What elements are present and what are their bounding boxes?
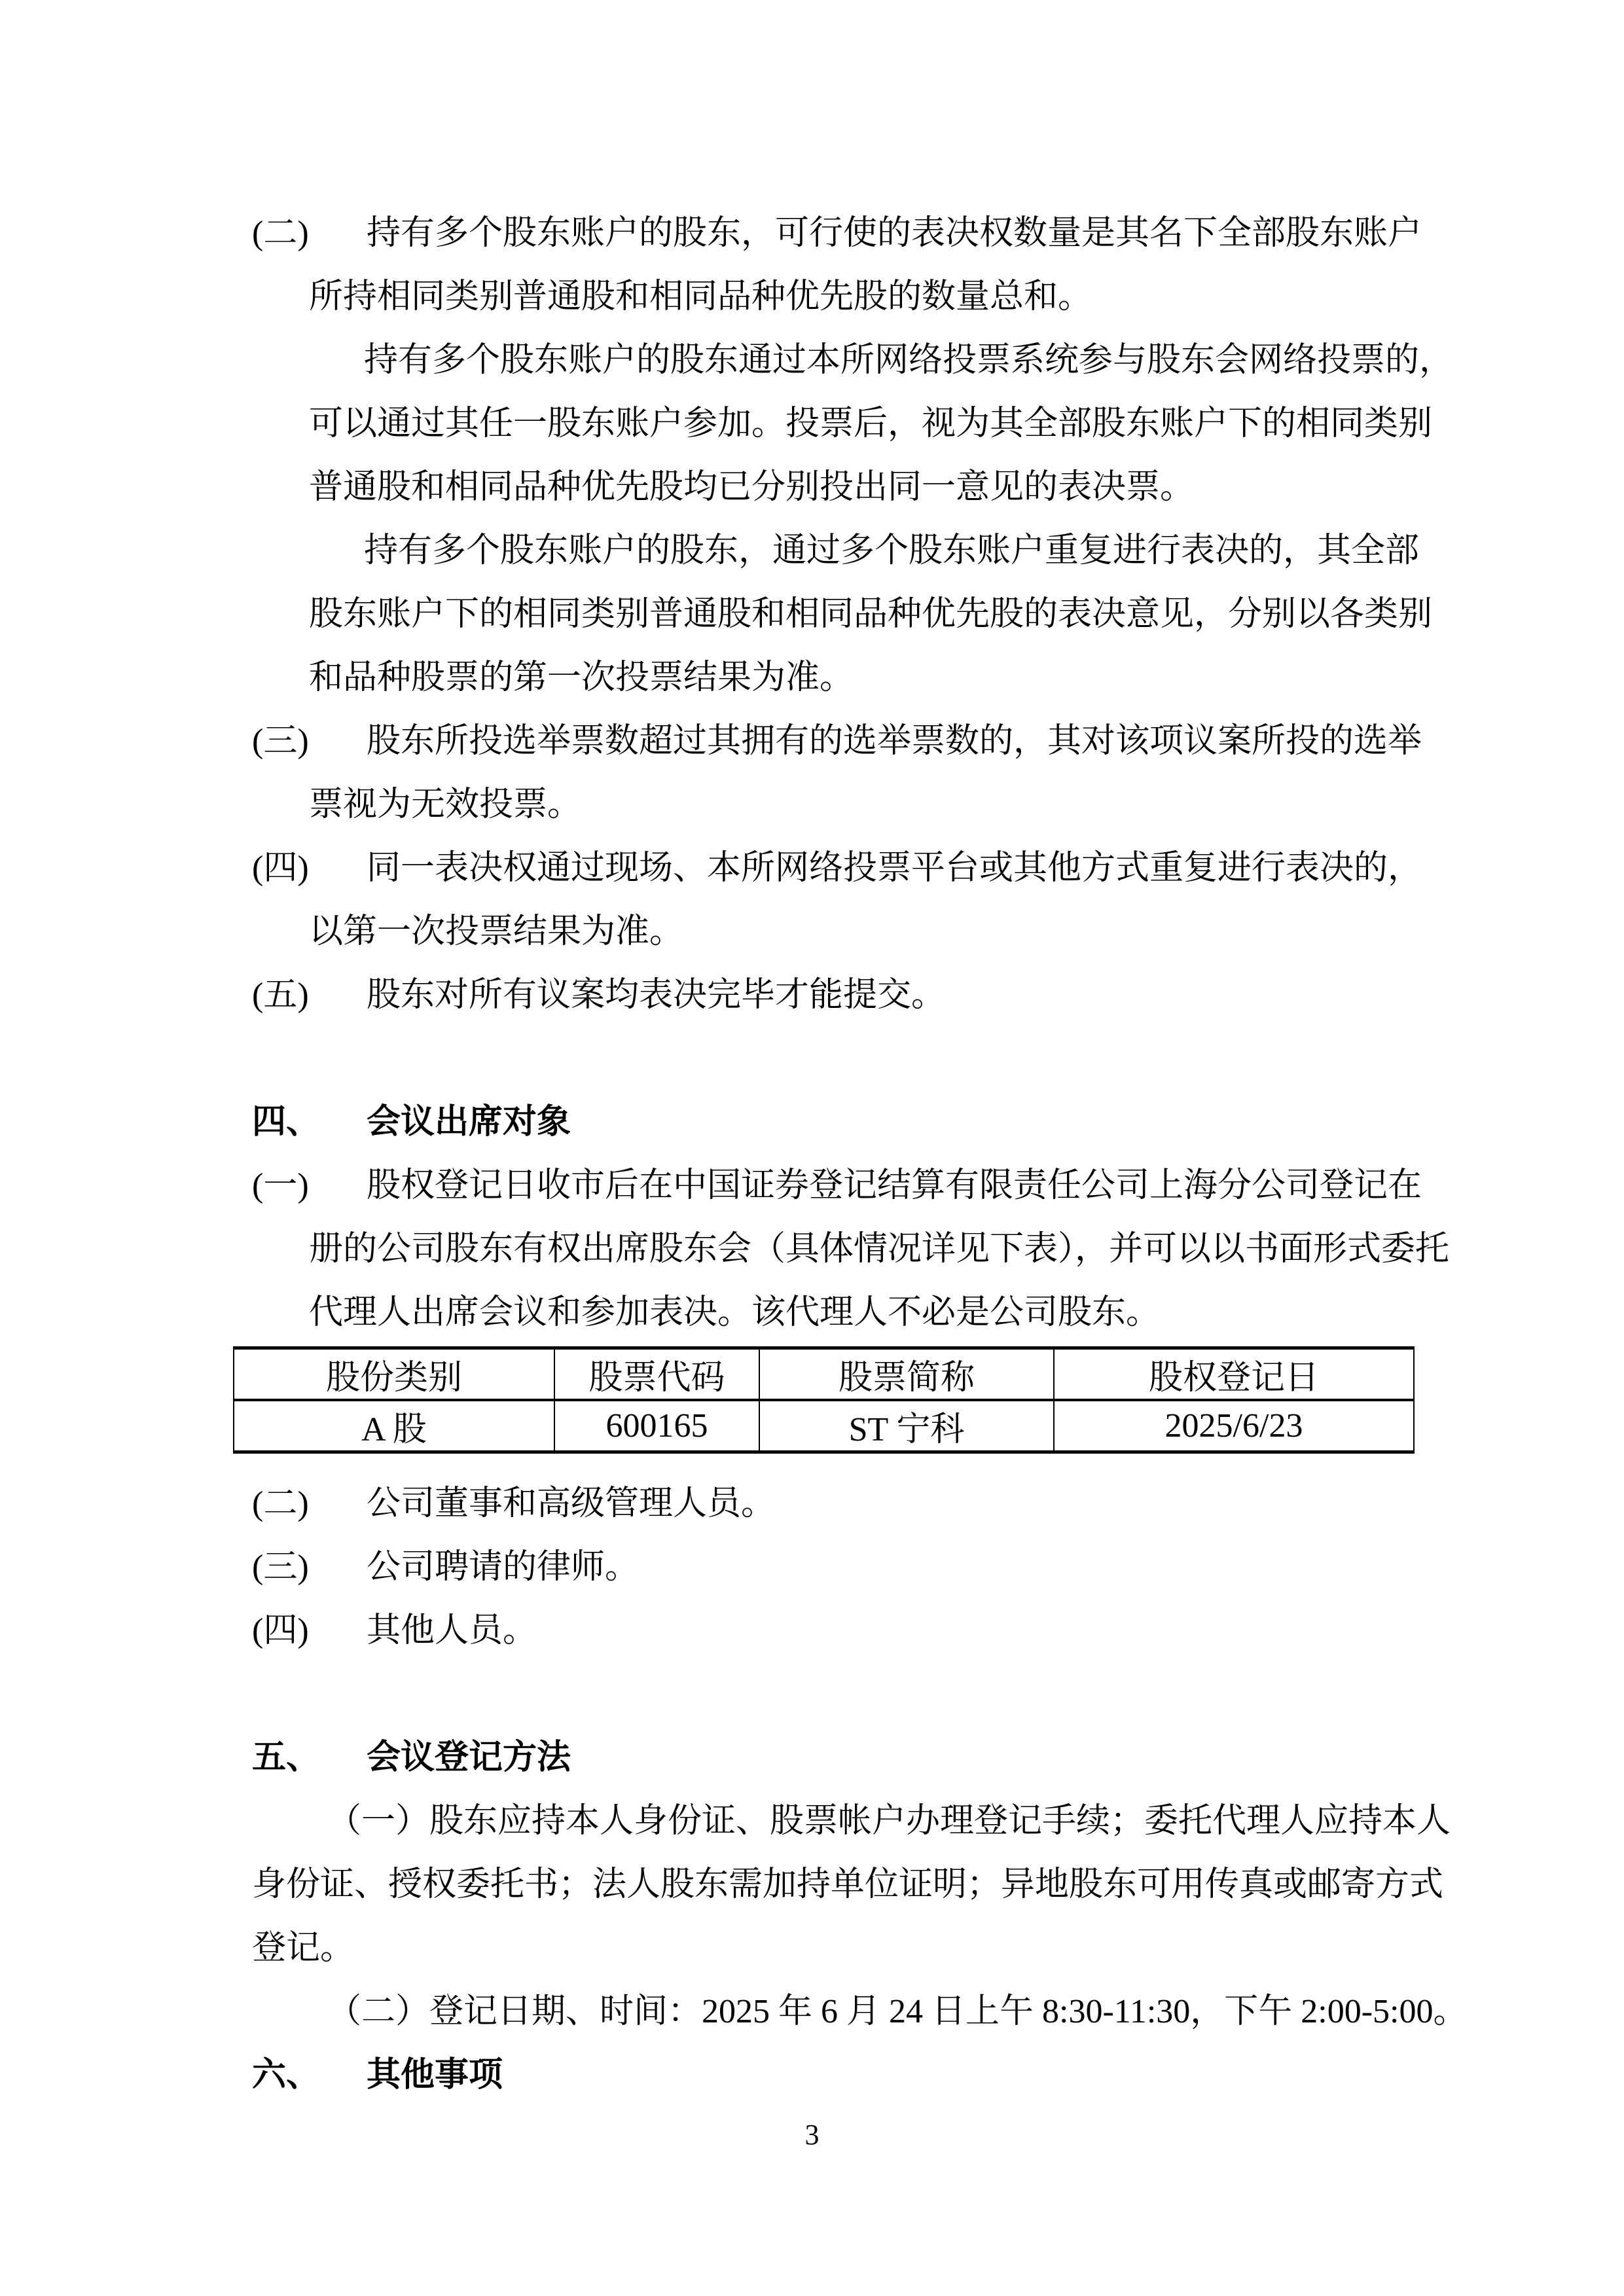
- paragraph-line: （二）登记日期、时间：2025 年 6 月 24 日上午 8:30-11:30，…: [0, 1980, 1624, 2043]
- paragraph-line: (二)公司董事和高级管理人员。: [0, 1472, 1624, 1535]
- line-text: 公司董事和高级管理人员。: [367, 1485, 775, 1522]
- line-text: 代理人出席会议和参加表决。该代理人不必是公司股东。: [309, 1294, 1160, 1331]
- section-title: 其他事项: [367, 2056, 503, 2094]
- col-header-share-class: 股份类别: [234, 1348, 554, 1401]
- line-text: 其他人员。: [367, 1612, 537, 1649]
- paragraph-line: (一)股权登记日收市后在中国证券登记结算有限责任公司上海分公司登记在: [0, 1154, 1624, 1217]
- paragraph-line: 股东账户下的相同类别普通股和相同品种优先股的表决意见，分别以各类别: [0, 583, 1624, 646]
- section-title: 会议出席对象: [367, 1103, 571, 1141]
- line-text: 身份证、授权委托书；法人股东需加持单位证明；异地股东可用传真或邮寄方式: [252, 1866, 1443, 1903]
- page-number: 3: [0, 2115, 1624, 2155]
- col-header-stock-name: 股票简称: [759, 1348, 1054, 1401]
- paragraph-line: (五)股东对所有议案均表决完毕才能提交。: [0, 963, 1624, 1027]
- section-number: 六、: [252, 2043, 367, 2107]
- line-text: 同一表决权通过现场、本所网络投票平台或其他方式重复进行表决的，: [367, 850, 1422, 887]
- table-row: A 股 600165 ST 宁科 2025/6/23: [234, 1400, 1414, 1452]
- paragraph-line: 和品种股票的第一次投票结果为准。: [0, 646, 1624, 709]
- line-text: 持有多个股东账户的股东，可行使的表决权数量是其名下全部股东账户: [367, 215, 1422, 252]
- line-text: 和品种股票的第一次投票结果为准。: [309, 659, 854, 696]
- section-heading-other: 六、其他事项: [0, 2043, 1624, 2107]
- list-marker: (一): [252, 1154, 367, 1217]
- section-number: 四、: [252, 1090, 367, 1154]
- line-text: 票视为无效投票。: [309, 786, 581, 823]
- cell-share-class: A 股: [234, 1400, 554, 1452]
- col-header-record-date: 股权登记日: [1054, 1348, 1414, 1401]
- paragraph-line: 持有多个股东账户的股东通过本所网络投票系统参与股东会网络投票的，: [0, 329, 1624, 392]
- paragraph-line: 持有多个股东账户的股东，通过多个股东账户重复进行表决的，其全部: [0, 519, 1624, 583]
- line-text: 所持相同类别普通股和相同品种优先股的数量总和。: [309, 278, 1092, 315]
- cell-record-date: 2025/6/23: [1054, 1400, 1414, 1452]
- line-text: 股东所投选举票数超过其拥有的选举票数的，其对该项议案所投的选举: [367, 723, 1422, 760]
- col-header-stock-code: 股票代码: [554, 1348, 759, 1401]
- list-marker: (四): [252, 1599, 367, 1662]
- list-marker: (五): [252, 963, 367, 1027]
- line-text: 股东对所有议案均表决完毕才能提交。: [367, 977, 945, 1014]
- paragraph-line: (二)持有多个股东账户的股东，可行使的表决权数量是其名下全部股东账户: [0, 202, 1624, 265]
- line-text: 以第一次投票结果为准。: [309, 913, 683, 950]
- line-text: 股权登记日收市后在中国证券登记结算有限责任公司上海分公司登记在: [367, 1167, 1422, 1204]
- list-marker: (二): [252, 1472, 367, 1535]
- paragraph-line: 册的公司股东有权出席股东会（具体情况详见下表），并可以以书面形式委托: [0, 1217, 1624, 1281]
- line-text: 册的公司股东有权出席股东会（具体情况详见下表），并可以以书面形式委托: [309, 1230, 1449, 1268]
- share-registration-table: 股份类别 股票代码 股票简称 股权登记日 A 股 600165 ST 宁科 20…: [233, 1346, 1415, 1454]
- line-text: （二）登记日期、时间：2025 年 6 月 24 日上午 8:30-11:30，…: [327, 1993, 1468, 2030]
- paragraph-line: 登记。: [0, 1916, 1624, 1980]
- paragraph-line: 代理人出席会议和参加表决。该代理人不必是公司股东。: [0, 1281, 1624, 1344]
- paragraph-line: (四)其他人员。: [0, 1599, 1624, 1662]
- line-text: 持有多个股东账户的股东，通过多个股东账户重复进行表决的，其全部: [364, 532, 1419, 569]
- line-text: 公司聘请的律师。: [367, 1549, 639, 1586]
- list-marker: (四): [252, 836, 367, 900]
- line-text: 可以通过其任一股东账户参加。投票后，视为其全部股东账户下的相同类别: [309, 405, 1432, 442]
- cell-stock-name: ST 宁科: [759, 1400, 1054, 1452]
- list-marker: (二): [252, 202, 367, 265]
- list-marker: (三): [252, 1535, 367, 1599]
- line-text: 普通股和相同品种优先股均已分别投出同一意见的表决票。: [309, 469, 1194, 506]
- section-number: 五、: [252, 1726, 367, 1789]
- paragraph-line: 可以通过其任一股东账户参加。投票后，视为其全部股东账户下的相同类别: [0, 392, 1624, 456]
- paragraph-line: (三)公司聘请的律师。: [0, 1535, 1624, 1599]
- section-title: 会议登记方法: [367, 1739, 571, 1776]
- paragraph-line: 以第一次投票结果为准。: [0, 900, 1624, 963]
- blank-line: [0, 1027, 1624, 1090]
- document-body: (二)持有多个股东账户的股东，可行使的表决权数量是其名下全部股东账户 所持相同类…: [0, 202, 1624, 2107]
- paragraph-line: (三)股东所投选举票数超过其拥有的选举票数的，其对该项议案所投的选举: [0, 709, 1624, 773]
- paragraph-line: 普通股和相同品种优先股均已分别投出同一意见的表决票。: [0, 456, 1624, 519]
- blank-line: [0, 1662, 1624, 1726]
- paragraph-line: 身份证、授权委托书；法人股东需加持单位证明；异地股东可用传真或邮寄方式: [0, 1853, 1624, 1916]
- line-text: 股东账户下的相同类别普通股和相同品种优先股的表决意见，分别以各类别: [309, 596, 1432, 633]
- paragraph-line: 所持相同类别普通股和相同品种优先股的数量总和。: [0, 265, 1624, 329]
- section-heading-attendees: 四、会议出席对象: [0, 1090, 1624, 1154]
- table-header-row: 股份类别 股票代码 股票简称 股权登记日: [234, 1348, 1414, 1401]
- list-marker: (三): [252, 709, 367, 773]
- cell-stock-code: 600165: [554, 1400, 759, 1452]
- section-heading-registration: 五、会议登记方法: [0, 1726, 1624, 1789]
- paragraph-line: 票视为无效投票。: [0, 773, 1624, 836]
- document-page: (二)持有多个股东账户的股东，可行使的表决权数量是其名下全部股东账户 所持相同类…: [0, 0, 1624, 2296]
- paragraph-line: （一）股东应持本人身份证、股票帐户办理登记手续；委托代理人应持本人: [0, 1789, 1624, 1853]
- line-text: （一）股东应持本人身份证、股票帐户办理登记手续；委托代理人应持本人: [327, 1803, 1451, 1840]
- line-text: 登记。: [252, 1929, 354, 1967]
- paragraph-line: (四)同一表决权通过现场、本所网络投票平台或其他方式重复进行表决的，: [0, 836, 1624, 900]
- line-text: 持有多个股东账户的股东通过本所网络投票系统参与股东会网络投票的，: [364, 342, 1453, 379]
